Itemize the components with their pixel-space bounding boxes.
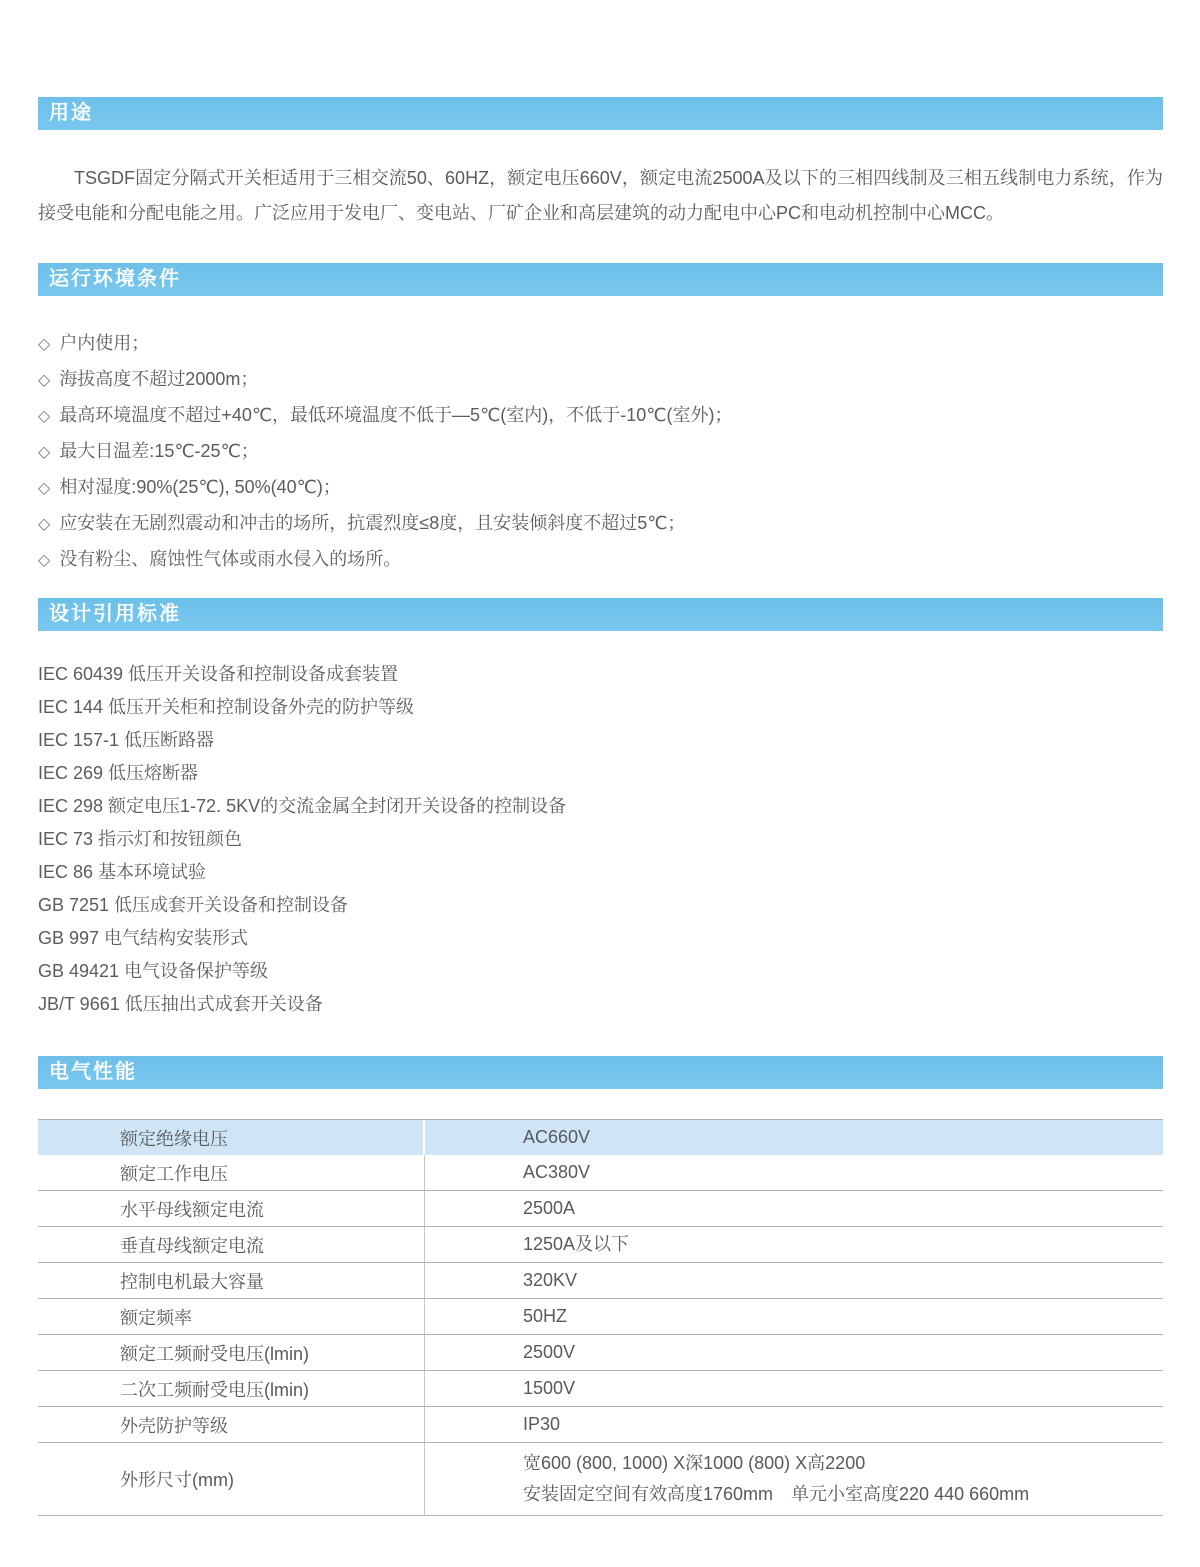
spec-value: 1250A及以下: [425, 1227, 1163, 1262]
spec-value: IP30: [425, 1407, 1163, 1442]
list-item: IEC 60439 低压开关设备和控制设备成套装置: [38, 658, 1163, 691]
spec-value-text: 宽600 (800, 1000) X深1000 (800) X高2200: [523, 1448, 1163, 1479]
list-item-text: 最高环境温度不超过+40℃，最低环境温度不低于—5℃(室内)，不低于-10℃(室…: [59, 405, 732, 425]
spec-value-text: 1250A及以下: [523, 1229, 1163, 1260]
spec-label: 二次工频耐受电压(lmin): [38, 1371, 425, 1406]
spec-value: 2500A: [425, 1191, 1163, 1226]
list-item: ◇最大日温差:15℃-25℃；: [38, 434, 1163, 470]
spec-label: 控制电机最大容量: [38, 1263, 425, 1298]
spec-label: 垂直母线额定电流: [38, 1227, 425, 1262]
spec-label: 额定频率: [38, 1299, 425, 1334]
spec-label: 外形尺寸(mm): [38, 1443, 425, 1515]
diamond-bullet-icon: ◇: [38, 327, 50, 362]
list-item: IEC 73 指示灯和按钮颜色: [38, 823, 1163, 856]
list-item: ◇最高环境温度不超过+40℃，最低环境温度不低于—5℃(室内)，不低于-10℃(…: [38, 398, 1163, 434]
list-item: GB 49421 电气设备保护等级: [38, 955, 1163, 988]
spec-label: 额定工作电压: [38, 1155, 425, 1190]
purpose-paragraph: TSGDF固定分隔式开关柜适用于三相交流50、60HZ，额定电压660V，额定电…: [38, 161, 1163, 231]
diamond-bullet-icon: ◇: [38, 543, 50, 578]
spec-value-text: 1500V: [523, 1373, 1163, 1404]
section-banner-standards: 设计引用标准: [38, 598, 1163, 631]
table-row: 水平母线额定电流 2500A: [38, 1191, 1163, 1227]
list-item: ◇应安装在无剧烈震动和冲击的场所，抗震烈度≤8度，且安装倾斜度不超过5℃；: [38, 506, 1163, 542]
list-item: IEC 298 额定电压1-72. 5KV的交流金属全封闭开关设备的控制设备: [38, 790, 1163, 823]
list-item: GB 997 电气结构安装形式: [38, 922, 1163, 955]
standards-list: IEC 60439 低压开关设备和控制设备成套装置 IEC 144 低压开关柜和…: [38, 658, 1163, 1021]
list-item: GB 7251 低压成套开关设备和控制设备: [38, 889, 1163, 922]
spec-value: 50HZ: [425, 1299, 1163, 1334]
spec-value-text: IP30: [523, 1409, 1163, 1440]
list-item: ◇户内使用；: [38, 326, 1163, 362]
list-item-text: 没有粉尘、腐蚀性气体或雨水侵入的场所。: [59, 549, 401, 569]
section-title-standards: 设计引用标准: [49, 603, 181, 625]
table-row: 外壳防护等级 IP30: [38, 1407, 1163, 1443]
table-row: 额定工频耐受电压(lmin) 2500V: [38, 1335, 1163, 1371]
table-row: 额定绝缘电压 AC660V: [38, 1120, 1163, 1155]
diamond-bullet-icon: ◇: [38, 363, 50, 398]
spec-value: 320KV: [425, 1263, 1163, 1298]
table-row: 外形尺寸(mm) 宽600 (800, 1000) X深1000 (800) X…: [38, 1443, 1163, 1516]
list-item-text: 户内使用；: [59, 333, 149, 353]
spec-value-text: 2500A: [523, 1193, 1163, 1224]
catalog-page: 用途 TSGDF固定分隔式开关柜适用于三相交流50、60HZ，额定电压660V，…: [0, 0, 1200, 1567]
spec-label: 外壳防护等级: [38, 1407, 425, 1442]
list-item: ◇相对湿度:90%(25℃), 50%(40℃)；: [38, 470, 1163, 506]
table-row: 二次工频耐受电压(lmin) 1500V: [38, 1371, 1163, 1407]
spec-value-text: 320KV: [523, 1265, 1163, 1296]
list-item-text: 最大日温差:15℃-25℃；: [59, 441, 258, 461]
spec-value: AC660V: [425, 1120, 1163, 1155]
spec-value-text: AC660V: [523, 1122, 1163, 1153]
section-title-environment: 运行环境条件: [49, 268, 181, 290]
spec-value-text: 安装固定空间有效高度1760mm 单元小室高度220 440 660mm: [523, 1479, 1163, 1510]
list-item: JB/T 9661 低压抽出式成套开关设备: [38, 988, 1163, 1021]
list-item: IEC 269 低压熔断器: [38, 757, 1163, 790]
spec-value: 1500V: [425, 1371, 1163, 1406]
section-banner-environment: 运行环境条件: [38, 263, 1163, 296]
spec-label: 水平母线额定电流: [38, 1191, 425, 1226]
list-item-text: 相对湿度:90%(25℃), 50%(40℃)；: [59, 477, 341, 497]
section-banner-electrical: 电气性能: [38, 1056, 1163, 1089]
list-item: IEC 157-1 低压断路器: [38, 724, 1163, 757]
spec-label: 额定绝缘电压: [38, 1120, 425, 1155]
diamond-bullet-icon: ◇: [38, 435, 50, 470]
spec-value-text: 50HZ: [523, 1301, 1163, 1332]
table-row: 控制电机最大容量 320KV: [38, 1263, 1163, 1299]
table-row: 额定工作电压 AC380V: [38, 1155, 1163, 1191]
spec-value-text: AC380V: [523, 1157, 1163, 1188]
section-title-purpose: 用途: [49, 102, 93, 124]
section-banner-purpose: 用途: [38, 97, 1163, 130]
table-row: 垂直母线额定电流 1250A及以下: [38, 1227, 1163, 1263]
diamond-bullet-icon: ◇: [38, 471, 50, 506]
spec-label: 额定工频耐受电压(lmin): [38, 1335, 425, 1370]
environment-list: ◇户内使用； ◇海拔高度不超过2000m； ◇最高环境温度不超过+40℃，最低环…: [38, 326, 1163, 578]
spec-value: 宽600 (800, 1000) X深1000 (800) X高2200 安装固…: [425, 1443, 1163, 1515]
list-item: ◇没有粉尘、腐蚀性气体或雨水侵入的场所。: [38, 542, 1163, 578]
section-title-electrical: 电气性能: [49, 1061, 137, 1083]
table-row: 额定频率 50HZ: [38, 1299, 1163, 1335]
list-item: IEC 144 低压开关柜和控制设备外壳的防护等级: [38, 691, 1163, 724]
spec-value: 2500V: [425, 1335, 1163, 1370]
diamond-bullet-icon: ◇: [38, 507, 50, 542]
spec-table: 额定绝缘电压 AC660V 额定工作电压 AC380V 水平母线额定电流 250…: [38, 1119, 1163, 1516]
diamond-bullet-icon: ◇: [38, 399, 50, 434]
spec-value-text: 2500V: [523, 1337, 1163, 1368]
list-item-text: 海拔高度不超过2000m；: [59, 369, 258, 389]
list-item: IEC 86 基本环境试验: [38, 856, 1163, 889]
spec-value: AC380V: [425, 1155, 1163, 1190]
list-item: ◇海拔高度不超过2000m；: [38, 362, 1163, 398]
list-item-text: 应安装在无剧烈震动和冲击的场所，抗震烈度≤8度，且安装倾斜度不超过5℃；: [59, 513, 685, 533]
